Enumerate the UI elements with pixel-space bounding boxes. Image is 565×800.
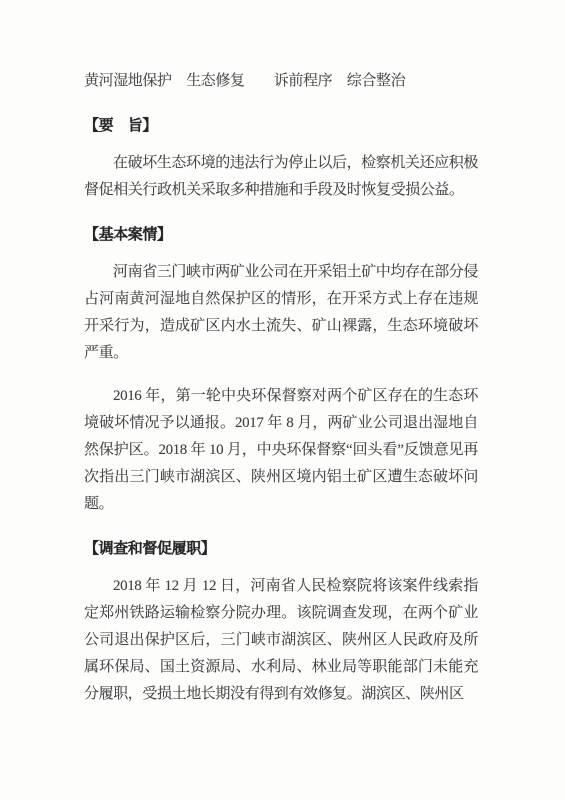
section-heading-investigation: 【调查和督促履职】	[84, 536, 478, 563]
document-page: 黄河湿地保护 生态修复 诉前程序 综合整治 【要 旨】 在破坏生态环境的违法行为…	[0, 0, 565, 800]
basic-facts-paragraph-1: 河南省三门峡市两矿业公司在开采铝土矿中均存在部分侵占河南黄河湿地自然保护区的情形…	[84, 259, 478, 367]
section-heading-basic-facts: 【基本案情】	[84, 222, 478, 249]
basic-facts-paragraph-2: 2016 年，第一轮中央环保督察对两个矿区存在的生态环境破坏情况予以通报。201…	[84, 383, 478, 518]
keywords-line: 黄河湿地保护 生态修复 诉前程序 综合整治	[84, 68, 478, 95]
section-heading-gist: 【要 旨】	[84, 113, 478, 140]
investigation-paragraph-1: 2018 年 12 月 12 日，河南省人民检察院将该案件线索指定郑州铁路运输检…	[84, 573, 478, 708]
gist-paragraph: 在破坏生态环境的违法行为停止以后，检察机关还应积极督促相关行政机关采取多种措施和…	[84, 150, 478, 204]
document-content: 黄河湿地保护 生态修复 诉前程序 综合整治 【要 旨】 在破坏生态环境的违法行为…	[84, 68, 478, 708]
